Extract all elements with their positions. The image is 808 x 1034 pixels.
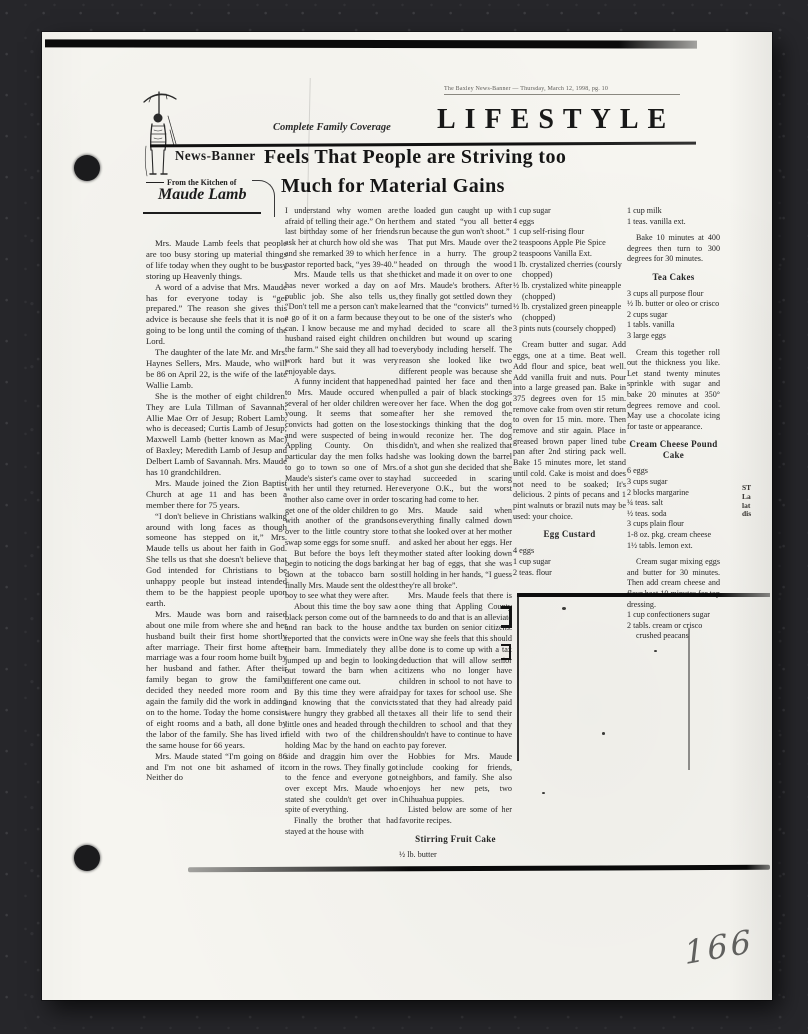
cut-off-column-fragment: STLalatdis [742, 484, 772, 519]
photocopy-edge-band [45, 39, 697, 48]
column-3-paragraphs: the loaded gun caught up with them and s… [399, 206, 512, 827]
clipping-edge-faint-vertical [688, 628, 690, 770]
coverage-tagline: Complete Family Coverage [273, 122, 391, 133]
umbrella-figure-illustration [138, 86, 182, 186]
article-column-2: I understand why women are afraid of tel… [285, 206, 398, 837]
scan-speck [562, 607, 566, 610]
scan-speck [602, 732, 605, 735]
recipe-method: Cream this together roll out the thickne… [627, 348, 720, 433]
recipe-title-egg-custard: Egg Custard [513, 529, 626, 540]
pen-bracket-mark [501, 644, 511, 660]
recipe-title-stirring-fruit-cake: Stirring Fruit Cake [399, 834, 512, 845]
recipe-title-cream-cheese-pound-cake: Cream Cheese Pound Cake [627, 439, 720, 460]
hole-punch-bottom [74, 845, 100, 871]
clipping-bottom-rule [188, 865, 770, 872]
clipping-cut-edge-vertical [517, 593, 519, 761]
recipe-ingredients: 1 cup sugar4 eggs1 cup self-rising flour… [513, 206, 626, 334]
recipe-ingredients: 4 eggs1 cup sugar2 teas. flour [513, 546, 626, 578]
kitchen-box-underline [143, 212, 261, 214]
article-column-3: the loaded gun caught up with them and s… [399, 206, 512, 861]
kitchen-author: Maude Lamb [158, 186, 246, 204]
recipe-ingredients: 3 cups all purpose flour½ lb. butter or … [627, 289, 720, 342]
section-title: LIFESTYLE [437, 104, 675, 136]
scan-speck [654, 650, 657, 652]
article-column-1: Mrs. Maude Lamb feels that people are to… [146, 238, 287, 783]
headline-line2: Much for Material Gains [281, 175, 505, 198]
hole-punch-top [74, 155, 100, 181]
recipe-ingredients: 1 cup milk1 teas. vanilla ext. [627, 206, 720, 227]
scanned-newspaper-page: The Baxley News-Banner — Thursday, March… [42, 32, 772, 1000]
recipe-column-2: 1 cup milk1 teas. vanilla ext. Bake 10 m… [627, 206, 720, 642]
newspaper-dateline: The Baxley News-Banner — Thursday, March… [444, 86, 680, 95]
pen-bracket-mark [501, 606, 512, 628]
recipe-ingredients: ½ lb. butter [399, 850, 512, 861]
headline-line1: Feels That People are Striving too [264, 146, 566, 169]
recipe-title-tea-cakes: Tea Cakes [627, 272, 720, 283]
recipe-topping-lines: 1 cup confectioners sugar2 tabls. cream … [627, 610, 720, 642]
rule-dash [146, 182, 164, 184]
scan-speck [542, 792, 545, 794]
recipe-method: Cream butter and sugar. Add eggs, one at… [513, 340, 626, 522]
newspaper-name: News-Banner [175, 148, 256, 165]
clipping-cut-rule [517, 593, 770, 597]
kitchen-box-curve [252, 180, 275, 217]
handwritten-page-number: 166 [683, 922, 755, 972]
recipe-ingredients: 6 eggs3 cups sugar2 blocks margarine¼ te… [627, 466, 720, 551]
recipe-method: Cream sugar mixing eggs and butter for 3… [627, 557, 720, 610]
recipe-column-1: 1 cup sugar4 eggs1 cup self-rising flour… [513, 206, 626, 578]
recipe-method: Bake 10 minutes at 400 degrees then turn… [627, 233, 720, 265]
